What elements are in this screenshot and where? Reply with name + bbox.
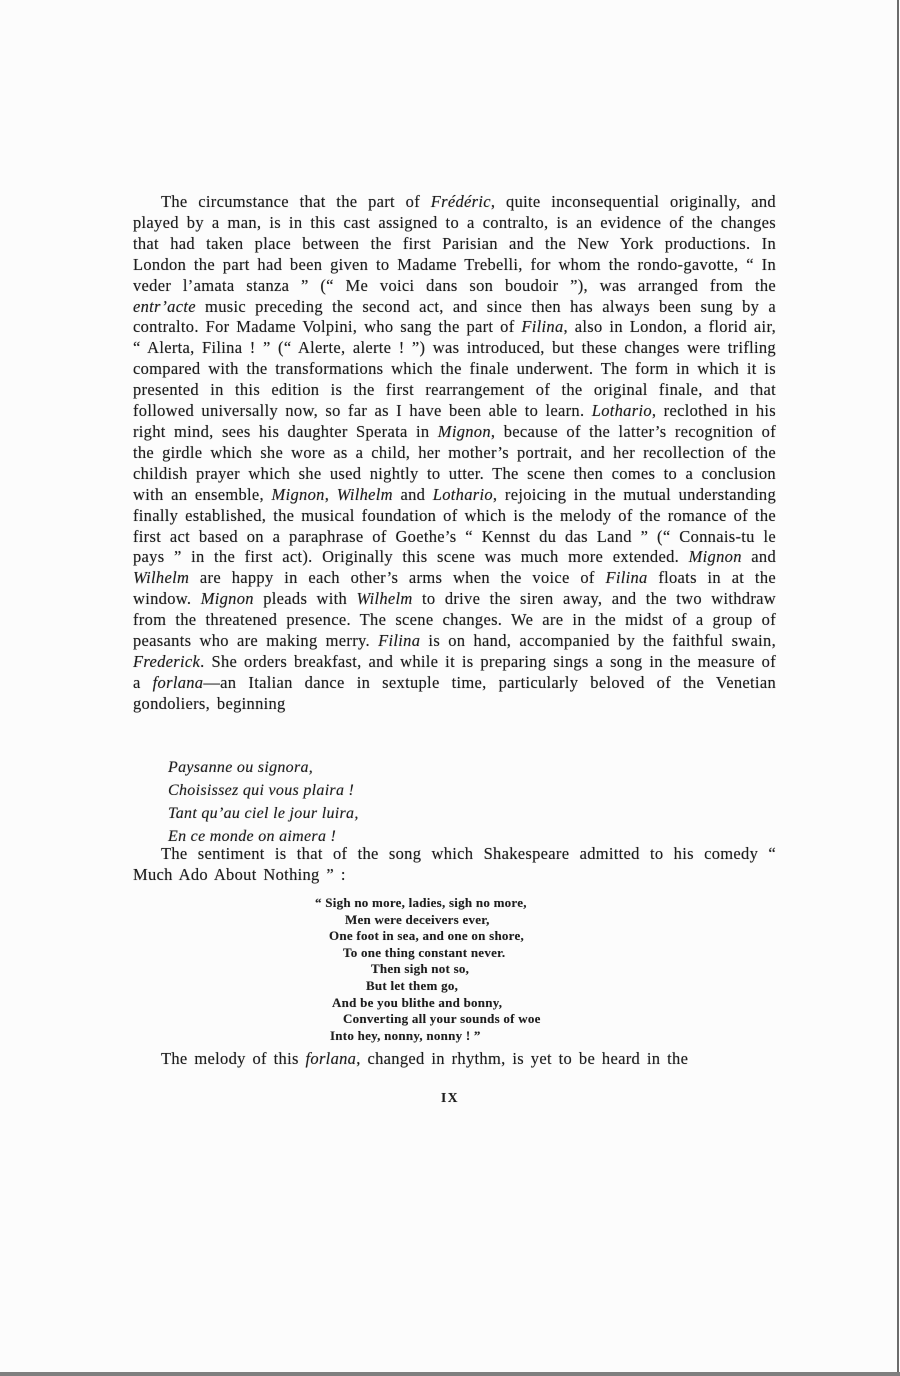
body-paragraph-3: The melody of this forlana, changed in r… bbox=[133, 1049, 776, 1070]
verse-line: But let them go, bbox=[366, 978, 541, 995]
shakespeare-verse: “ Sigh no more, ladies, sigh no more,Men… bbox=[315, 895, 541, 1044]
scan-edge-right bbox=[897, 0, 899, 1376]
verse-line: Converting all your sounds of woe bbox=[343, 1011, 541, 1028]
scan-edge-bottom bbox=[0, 1372, 900, 1376]
verse-line: Into hey, nonny, nonny ! ” bbox=[330, 1028, 541, 1045]
verse-line: Then sigh not so, bbox=[371, 961, 541, 978]
verse-line: One foot in sea, and one on shore, bbox=[329, 928, 541, 945]
verse-line: “ Sigh no more, ladies, sigh no more, bbox=[315, 895, 541, 912]
verse-line: Men were deceivers ever, bbox=[345, 912, 541, 929]
verse-line: And be you blithe and bonny, bbox=[332, 995, 541, 1012]
verse-line: Paysanne ou signora, bbox=[168, 756, 359, 779]
book-page: The circumstance that the part of Frédér… bbox=[0, 0, 900, 1376]
body-paragraph-2: The sentiment is that of the song which … bbox=[133, 844, 776, 886]
body-paragraph-1: The circumstance that the part of Frédér… bbox=[133, 192, 776, 715]
french-verse: Paysanne ou signora,Choisissez qui vous … bbox=[168, 756, 359, 848]
verse-line: To one thing constant never. bbox=[343, 945, 541, 962]
verse-line: Choisissez qui vous plaira ! bbox=[168, 779, 359, 802]
verse-line: Tant qu’au ciel le jour luira, bbox=[168, 802, 359, 825]
page-number: IX bbox=[0, 1090, 900, 1106]
